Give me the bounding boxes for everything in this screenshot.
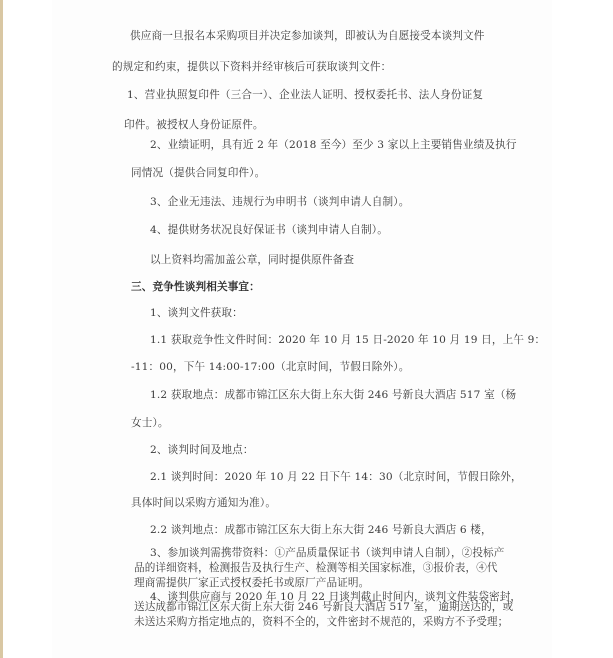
list-item-line: 3、参加谈判需携带资料：①产品质量保证书（谈判申请人自制），②投标产 [150,547,504,560]
list-item-line: 4、提供财务状况良好保证书（谈判申请人自制）。 [150,224,388,237]
list-item-line: 2.2 谈判地点：成都市锦江区东大街上东大街 246 号新良大酒店 6 楼， [150,524,492,537]
list-item-line: 3、企业无违法、违规行为申明书（谈判申请人自制）。 [150,196,409,209]
paragraph-line: 以上资料均需加盖公章，同时提供原件备查 [150,254,354,267]
paragraph-line: 供应商一旦报名本采购项目并决定参加谈判，即被认为自愿接受本谈判文件 [130,30,485,43]
list-item-line: 2.1 谈判时间：2020 年 10 月 22 日下午 14：30（北京时间，节… [150,471,522,484]
list-item-line: 送达成都市锦江区东大街上东大街 246 号新良大酒店 517 室， 逾期送达的，… [134,601,513,614]
list-item-line: 1.1 获取竞争性文件时间：2020 年 10 月 15 日-2020 年 10… [150,334,545,347]
list-item-line: 印件。被授权人身份证原件。 [124,119,264,132]
list-item-line: 1、谈判文件获取： [150,307,243,320]
list-item-line: 1.2 获取地点：成都市锦江区东大街上东大街 246 号新良大酒店 517 室（… [150,389,516,402]
list-item-line: 2、业绩证明，具有近 2 年（2018 至今）至少 3 家以上主要销售业绩及执行 [150,139,517,152]
list-item-line: 2、谈判时间及地点： [150,444,254,457]
list-item-line: 同情况（提供合同复印件）。 [131,167,265,180]
list-item-line: 1、营业执照复印件（三合一）、企业法人证明、授权委托书、法人身份证复 [127,89,483,102]
paragraph-line: 的规定和约束，提供以下资料并经审核后可获取谈判文件： [112,61,391,74]
list-item-line: 理商需提供厂家正式授权委托书或原厂产品证明。 [134,577,369,590]
list-item-line: 未送达采购方指定地点的，资料不全的，文件密封不规范的，采购方不予受理； [134,616,508,629]
list-item-line: 女士）。 [131,417,169,430]
list-item-line: 具体时间以采购方通知为准）。 [131,497,276,510]
list-item-line: -11：00，下午 14:00-17:00（北京时间，节假日除外）。 [131,361,409,374]
list-item-line: 品的详细资料，检测报告及执行生产、检测等相关国家标准，③报价表，④代 [134,562,498,575]
scan-edge-strip [0,0,3,658]
section-heading: 三、竞争性谈判相关事宜： [131,281,260,294]
